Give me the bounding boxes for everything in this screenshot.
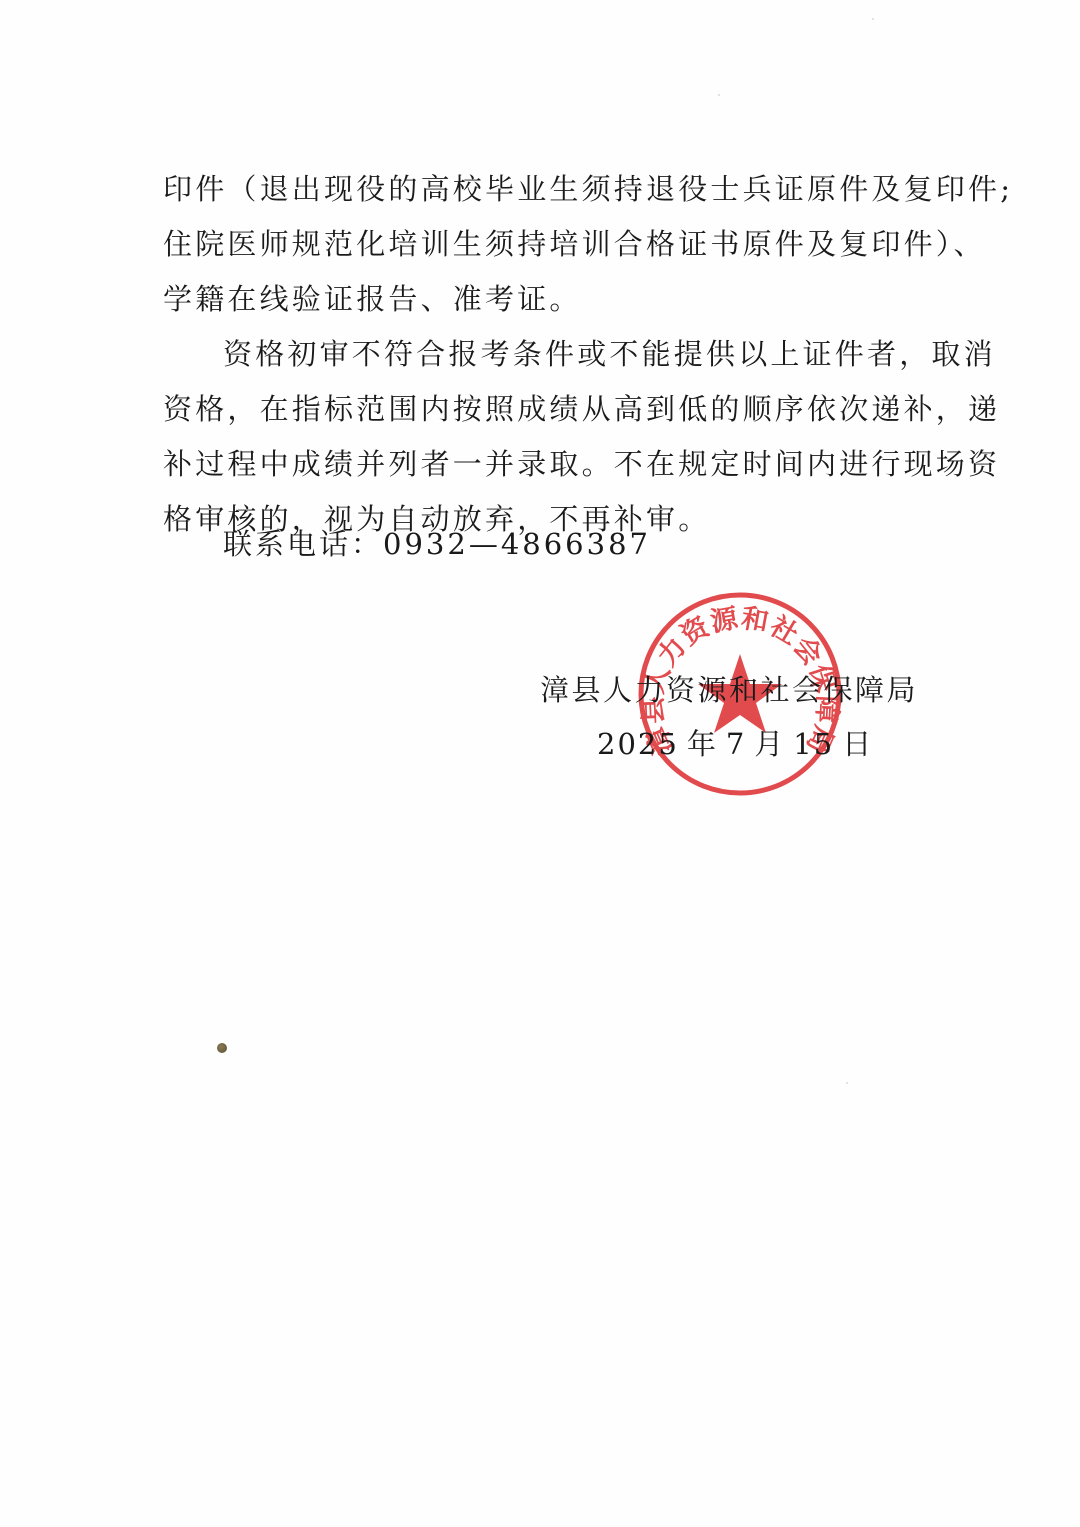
date-month-unit: 月 [754, 727, 785, 761]
paragraph-1-line-2: 住院医师规范化培训生须持培训合格证书原件及复印件）、 [163, 217, 923, 272]
document-page: 印件（退出现役的高校毕业生须持退役士兵证原件及复印件; 住院医师规范化培训生须持… [0, 0, 1080, 1527]
scan-dust [846, 1082, 848, 1084]
scan-dust [718, 94, 720, 96]
scan-speck [217, 1043, 227, 1053]
contact-line: 联系电话：0932—4866387 [223, 517, 651, 572]
date-day: 15 [793, 727, 834, 761]
date-year: 2025 [597, 727, 679, 761]
paragraph-2-line-1: 资格初审不符合报考条件或不能提供以上证件者，取消 [163, 327, 923, 382]
scan-dust [872, 18, 874, 20]
date-year-unit: 年 [687, 727, 718, 761]
date-month: 7 [726, 727, 746, 761]
paragraph-2-line-2: 资格，在指标范围内按照成绩从高到低的顺序依次递补，递 [163, 382, 923, 437]
paragraph-1-line-3: 学籍在线验证报告、准考证。 [163, 272, 923, 327]
document-body: 印件（退出现役的高校毕业生须持退役士兵证原件及复印件; 住院医师规范化培训生须持… [163, 162, 923, 547]
contact-label: 联系电话： [223, 527, 383, 561]
paragraph-1-line-1: 印件（退出现役的高校毕业生须持退役士兵证原件及复印件; [163, 162, 923, 217]
paragraph-2-line-3: 补过程中成绩并列者一并录取。不在规定时间内进行现场资 [163, 437, 923, 492]
issuing-organization: 漳县人力资源和社会保障局 [540, 668, 918, 709]
issue-date: 2025年7月15日 [597, 722, 881, 763]
date-day-unit: 日 [842, 727, 873, 761]
contact-phone: 0932—4866387 [383, 527, 651, 561]
